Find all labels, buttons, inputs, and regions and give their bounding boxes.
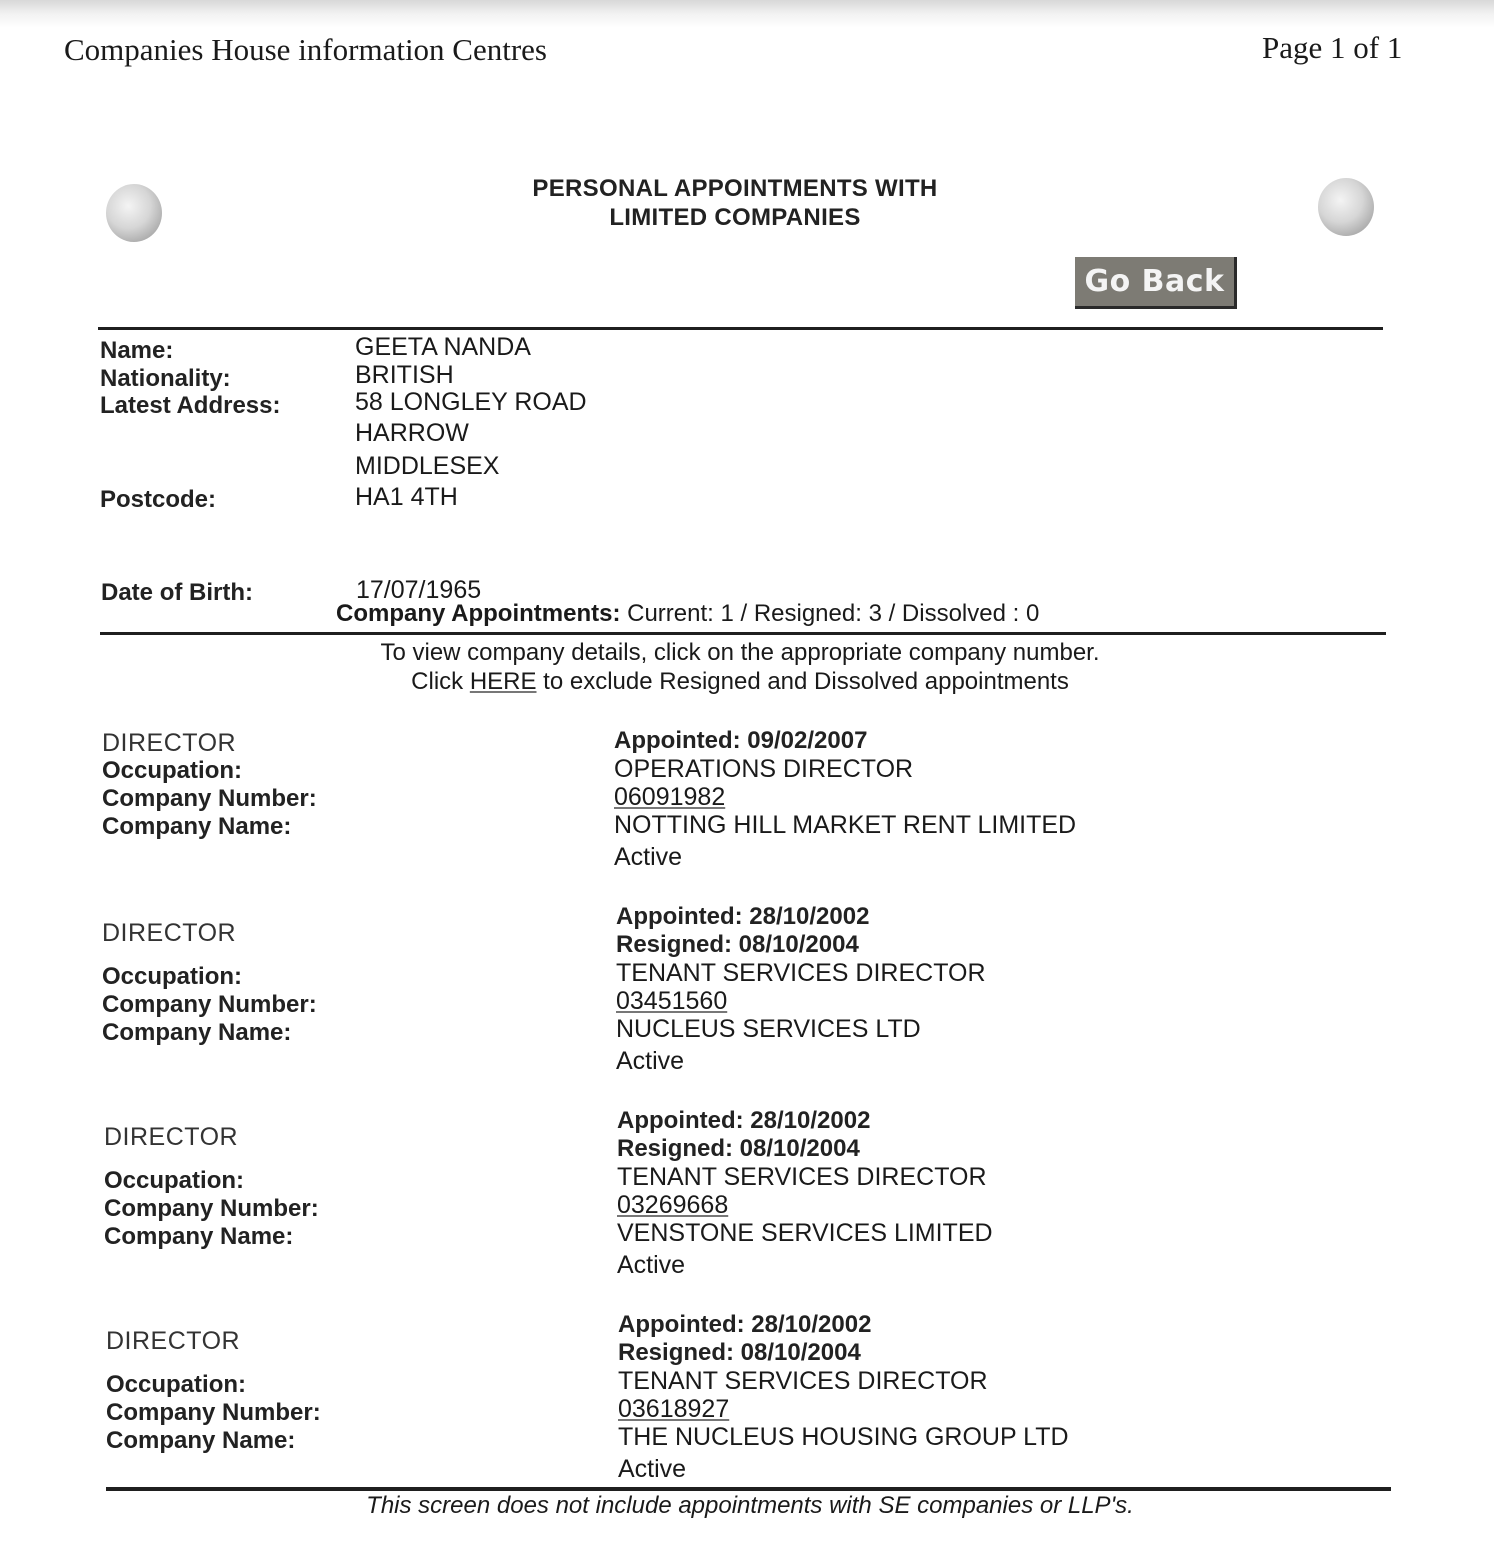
go-back-button[interactable]: Go Back <box>1075 257 1237 309</box>
occupation-value: TENANT SERVICES DIRECTOR <box>616 959 986 987</box>
appointment-details: Appointed: 28/10/2002 Resigned: 08/10/20… <box>617 1107 993 1279</box>
company-number-label: Company Number: <box>102 785 317 813</box>
appointment-details: Appointed: 09/02/2007 OPERATIONS DIRECTO… <box>614 727 1076 871</box>
company-name-label: Company Name: <box>104 1223 319 1251</box>
company-status: Active <box>618 1455 1069 1483</box>
instructions: To view company details, click on the ap… <box>240 638 1240 696</box>
instructions-line2: Click HERE to exclude Resigned and Disso… <box>240 667 1240 696</box>
nationality-value: BRITISH <box>355 361 454 390</box>
address-line-3: MIDDLESEX <box>355 452 499 481</box>
company-status: Active <box>614 843 1076 871</box>
counts-value: Current: 1 / Resigned: 3 / Dissolved : 0 <box>627 600 1039 627</box>
company-number-link[interactable]: 03451560 <box>616 987 727 1015</box>
company-number-link[interactable]: 03269668 <box>617 1191 728 1219</box>
appointed-date: Appointed: 28/10/2002 <box>616 903 986 931</box>
occupation-value: TENANT SERVICES DIRECTOR <box>617 1163 993 1191</box>
company-number-link[interactable]: 06091982 <box>614 783 725 811</box>
appointment-role: DIRECTOR <box>102 729 236 758</box>
name-value: GEETA NANDA <box>355 333 531 362</box>
postcode-value: HA1 4TH <box>355 483 458 512</box>
appointment-labels: Occupation: Company Number: Company Name… <box>106 1371 321 1455</box>
page-number: Page 1 of 1 <box>1262 30 1402 66</box>
company-number-label: Company Number: <box>104 1195 319 1223</box>
company-status: Active <box>616 1047 986 1075</box>
appointment-role: DIRECTOR <box>102 919 236 948</box>
resigned-date: Resigned: 08/10/2004 <box>617 1135 993 1163</box>
company-name-value: VENSTONE SERVICES LIMITED <box>617 1219 993 1247</box>
footer-note: This screen does not include appointment… <box>200 1492 1300 1520</box>
name-label: Name: <box>100 337 173 365</box>
divider <box>106 1487 1391 1491</box>
appointment-details: Appointed: 28/10/2002 Resigned: 08/10/20… <box>616 903 986 1075</box>
appointment-details: Appointed: 28/10/2002 Resigned: 08/10/20… <box>618 1311 1069 1483</box>
appointment-labels: Occupation: Company Number: Company Name… <box>102 963 317 1047</box>
resigned-date: Resigned: 08/10/2004 <box>616 931 986 959</box>
dob-label: Date of Birth: <box>101 579 253 607</box>
page-title: PERSONAL APPOINTMENTS WITH LIMITED COMPA… <box>430 174 1040 232</box>
address-line-1: 58 LONGLEY ROAD <box>355 388 587 417</box>
appointed-date: Appointed: 09/02/2007 <box>614 727 1076 755</box>
occupation-label: Occupation: <box>106 1371 321 1399</box>
divider <box>98 327 1383 330</box>
print-header-title: Companies House information Centres <box>64 32 547 68</box>
company-status: Active <box>617 1251 993 1279</box>
instructions-suffix: to exclude Resigned and Dissolved appoin… <box>537 668 1069 695</box>
appointment-role: DIRECTOR <box>106 1327 240 1356</box>
occupation-label: Occupation: <box>102 757 317 785</box>
company-number-label: Company Number: <box>106 1399 321 1427</box>
nationality-label: Nationality: <box>100 365 231 393</box>
company-name-label: Company Name: <box>102 813 317 841</box>
appointment-counts: Company Appointments: Current: 1 / Resig… <box>336 600 1039 628</box>
decorative-orb-icon <box>106 184 162 242</box>
company-name-value: THE NUCLEUS HOUSING GROUP LTD <box>618 1423 1069 1451</box>
company-name-value: NOTTING HILL MARKET RENT LIMITED <box>614 811 1076 839</box>
company-name-value: NUCLEUS SERVICES LTD <box>616 1015 986 1043</box>
exclude-resigned-link[interactable]: HERE <box>470 668 537 695</box>
appointed-date: Appointed: 28/10/2002 <box>618 1311 1069 1339</box>
appointment-labels: Occupation: Company Number: Company Name… <box>104 1167 319 1251</box>
counts-label: Company Appointments: <box>336 600 620 627</box>
company-number-link[interactable]: 03618927 <box>618 1395 729 1423</box>
address-line-2: HARROW <box>355 419 469 448</box>
appointment-role: DIRECTOR <box>104 1123 238 1152</box>
page-title-line1: PERSONAL APPOINTMENTS WITH <box>430 174 1040 203</box>
resigned-date: Resigned: 08/10/2004 <box>618 1339 1069 1367</box>
divider <box>100 632 1386 635</box>
scan-shadow <box>0 0 1494 28</box>
postcode-label: Postcode: <box>100 486 216 514</box>
appointment-labels: Occupation: Company Number: Company Name… <box>102 757 317 841</box>
occupation-value: TENANT SERVICES DIRECTOR <box>618 1367 1069 1395</box>
instructions-prefix: Click <box>411 668 470 695</box>
instructions-line1: To view company details, click on the ap… <box>240 638 1240 667</box>
appointed-date: Appointed: 28/10/2002 <box>617 1107 993 1135</box>
page-title-line2: LIMITED COMPANIES <box>430 203 1040 232</box>
occupation-label: Occupation: <box>102 963 317 991</box>
address-label: Latest Address: <box>100 392 281 420</box>
occupation-label: Occupation: <box>104 1167 319 1195</box>
company-number-label: Company Number: <box>102 991 317 1019</box>
company-name-label: Company Name: <box>102 1019 317 1047</box>
decorative-orb-icon <box>1318 178 1374 236</box>
occupation-value: OPERATIONS DIRECTOR <box>614 755 1076 783</box>
company-name-label: Company Name: <box>106 1427 321 1455</box>
